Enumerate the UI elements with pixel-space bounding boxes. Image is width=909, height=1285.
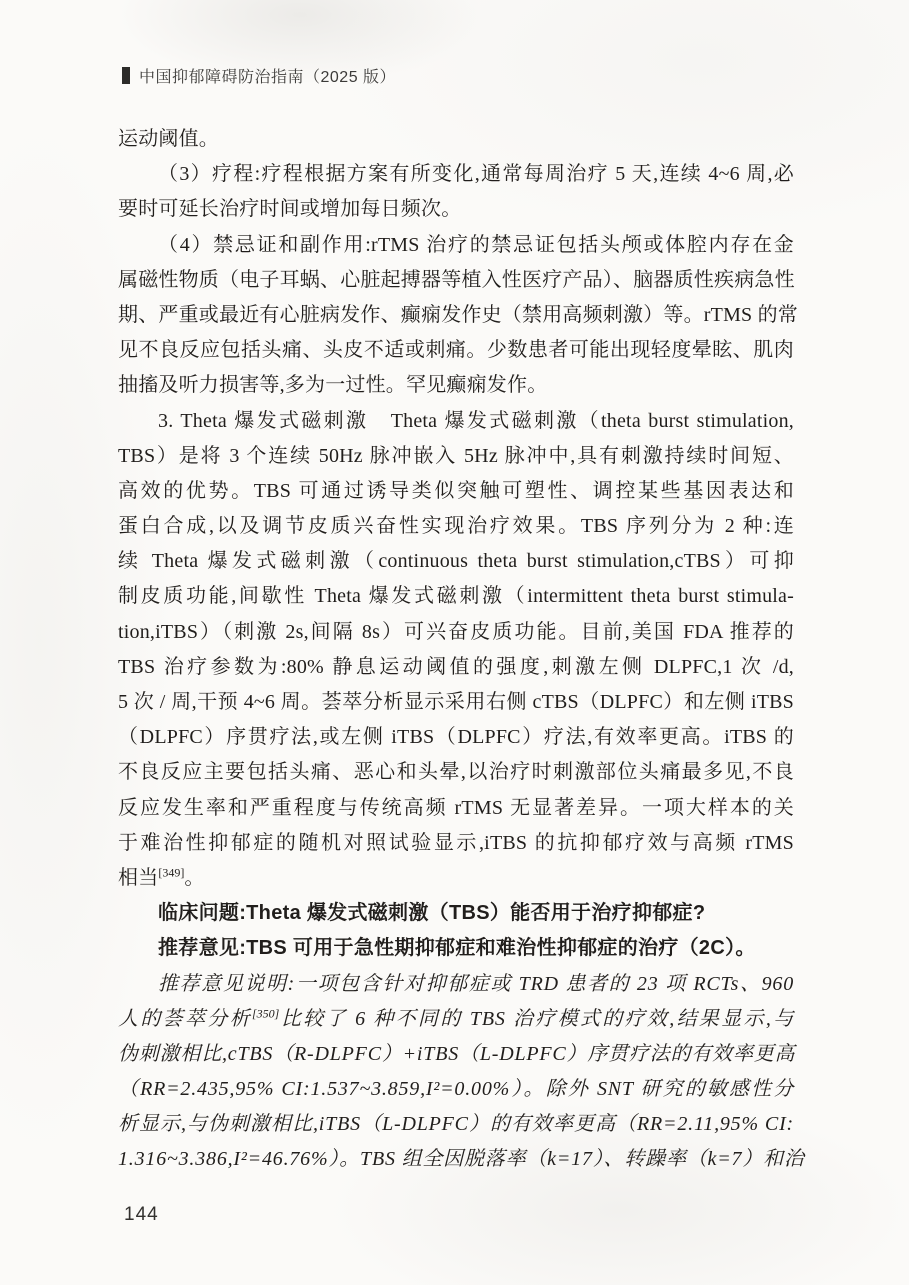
text-line: 5 次 / 周,干预 4~6 周。荟萃分析显示采用右侧 cTBS（DLPFC）和… xyxy=(118,685,794,720)
text-line: 临床问题:Theta 爆发式磁刺激（TBS）能否用于治疗抑郁症? xyxy=(118,896,794,931)
text-segment: 比较了 6 种不同的 TBS 治疗模式的疗效,结果显示,与 xyxy=(279,1008,794,1030)
text-line: tion,iTBS）（刺激 2s,间隔 8s）可兴奋皮质功能。目前,美国 FDA… xyxy=(118,615,794,650)
text-line: 不良反应主要包括头痛、恶心和头晕,以治疗时刺激部位头痛最多见,不良 xyxy=(118,755,794,790)
text-line: 于难治性抑郁症的随机对照试验显示,iTBS 的抗抑郁疗效与高频 rTMS xyxy=(118,826,794,861)
reference-superscript: [349] xyxy=(158,865,184,879)
text-segment: 抽搐及听力损害等,多为一过性。罕见癫痫发作。 xyxy=(118,374,547,396)
text-line: 高效的优势。TBS 可通过诱导类似突触可塑性、调控某些基因表达和 xyxy=(118,474,794,509)
text-line: 伪刺激相比,cTBS（R-DLPFC）+iTBS（L-DLPFC）序贯疗法的有效… xyxy=(118,1037,794,1072)
text-segment: 期、严重或最近有心脏病发作、癫痫发作史（禁用高频刺激）等。rTMS 的常 xyxy=(118,304,798,326)
text-line: 推荐意见说明:一项包含针对抑郁症或 TRD 患者的 23 项 RCTs、960 xyxy=(118,967,794,1002)
text-segment: TBS）是将 3 个连续 50Hz 脉冲嵌入 5Hz 脉冲中,具有刺激持续时间短… xyxy=(118,445,794,467)
text-segment: 于难治性抑郁症的随机对照试验显示,iTBS 的抗抑郁疗效与高频 rTMS xyxy=(118,832,794,854)
text-segment: 高效的优势。TBS 可通过诱导类似突触可塑性、调控某些基因表达和 xyxy=(118,480,794,502)
text-segment: 要时可延长治疗时间或增加每日频次。 xyxy=(118,198,461,220)
text-segment: 3. Theta 爆发式磁刺激 Theta 爆发式磁刺激（theta burst… xyxy=(158,410,794,432)
text-segment: 析显示,与伪刺激相比,iTBS（L-DLPFC）的有效率更高（RR=2.11,9… xyxy=(118,1113,794,1135)
text-line: 人的荟萃分析[350]比较了 6 种不同的 TBS 治疗模式的疗效,结果显示,与 xyxy=(118,1002,794,1037)
text-line: （3）疗程:疗程根据方案有所变化,通常每周治疗 5 天,连续 4~6 周,必 xyxy=(118,157,794,192)
text-line: 反应发生率和严重程度与传统高频 rTMS 无显著差异。一项大样本的关 xyxy=(118,791,794,826)
page-text: 运动阈值。（3）疗程:疗程根据方案有所变化,通常每周治疗 5 天,连续 4~6 … xyxy=(118,122,794,1178)
text-segment: 不良反应主要包括头痛、恶心和头晕,以治疗时刺激部位头痛最多见,不良 xyxy=(118,761,794,783)
text-line: TBS 治疗参数为:80% 静息运动阈值的强度,刺激左侧 DLPFC,1 次 /… xyxy=(118,650,794,685)
text-segment: （4）禁忌证和副作用:rTMS 治疗的禁忌证包括头颅或体腔内存在金 xyxy=(158,234,794,256)
text-line: 期、严重或最近有心脏病发作、癫痫发作史（禁用高频刺激）等。rTMS 的常 xyxy=(118,298,794,333)
text-line: 抽搐及听力损害等,多为一过性。罕见癫痫发作。 xyxy=(118,368,794,403)
text-line: （DLPFC）序贯疗法,或左侧 iTBS（DLPFC）疗法,有效率更高。iTBS… xyxy=(118,720,794,755)
text-line: 制皮质功能,间歇性 Theta 爆发式磁刺激（intermittent thet… xyxy=(118,579,794,614)
text-segment: 蛋白合成,以及调节皮质兴奋性实现治疗效果。TBS 序列分为 2 种:连 xyxy=(118,515,794,537)
text-line: 要时可延长治疗时间或增加每日频次。 xyxy=(118,192,794,227)
text-line: 见不良反应包括头痛、头皮不适或刺痛。少数患者可能出现轻度晕眩、肌肉 xyxy=(118,333,794,368)
text-line: 续 Theta 爆发式磁刺激（continuous theta burst st… xyxy=(118,544,794,579)
text-line: 运动阈值。 xyxy=(118,122,794,157)
text-segment: 反应发生率和严重程度与传统高频 rTMS 无显著差异。一项大样本的关 xyxy=(118,797,794,819)
text-segment: 运动阈值。 xyxy=(118,128,219,150)
page-number: 144 xyxy=(124,1204,159,1226)
book-header-title: 中国抑郁障碍防治指南（2025 版） xyxy=(139,64,396,87)
text-line: TBS）是将 3 个连续 50Hz 脉冲嵌入 5Hz 脉冲中,具有刺激持续时间短… xyxy=(118,439,794,474)
book-header: 中国抑郁障碍防治指南（2025 版） xyxy=(122,64,396,87)
text-segment: tion,iTBS）（刺激 2s,间隔 8s）可兴奋皮质功能。目前,美国 FDA… xyxy=(118,621,794,643)
text-line: 3. Theta 爆发式磁刺激 Theta 爆发式磁刺激（theta burst… xyxy=(118,404,794,439)
text-segment: 伪刺激相比,cTBS（R-DLPFC）+iTBS（L-DLPFC）序贯疗法的有效… xyxy=(118,1043,795,1065)
reference-superscript: [350] xyxy=(252,1006,279,1020)
text-line: 属磁性物质（电子耳蜗、心脏起搏器等植入性医疗产品）、脑器质性疾病急性 xyxy=(118,263,794,298)
text-segment: 推荐意见说明:一项包含针对抑郁症或 TRD 患者的 23 项 RCTs、960 xyxy=(158,973,794,995)
text-line: 相当[349]。 xyxy=(118,861,794,896)
text-segment: 相当 xyxy=(118,867,158,889)
text-segment: 制皮质功能,间歇性 Theta 爆发式磁刺激（intermittent thet… xyxy=(118,585,794,607)
text-line: 析显示,与伪刺激相比,iTBS（L-DLPFC）的有效率更高（RR=2.11,9… xyxy=(118,1107,794,1142)
text-segment: TBS 治疗参数为:80% 静息运动阈值的强度,刺激左侧 DLPFC,1 次 /… xyxy=(118,656,794,678)
text-segment: 临床问题:Theta 爆发式磁刺激（TBS）能否用于治疗抑郁症? xyxy=(158,902,705,924)
text-line: 蛋白合成,以及调节皮质兴奋性实现治疗效果。TBS 序列分为 2 种:连 xyxy=(118,509,794,544)
text-segment: （RR=2.435,95% CI:1.537~3.859,I²=0.00%）。除… xyxy=(118,1078,794,1100)
text-line: （4）禁忌证和副作用:rTMS 治疗的禁忌证包括头颅或体腔内存在金 xyxy=(118,228,794,263)
text-segment: 5 次 / 周,干预 4~6 周。荟萃分析显示采用右侧 cTBS（DLPFC）和… xyxy=(118,691,794,713)
document-page: 中国抑郁障碍防治指南（2025 版） 运动阈值。（3）疗程:疗程根据方案有所变化… xyxy=(0,0,909,1285)
text-line: 1.316~3.386,I²=46.76%）。TBS 组全因脱落率（k=17）、… xyxy=(118,1142,794,1177)
text-segment: （DLPFC）序贯疗法,或左侧 iTBS（DLPFC）疗法,有效率更高。iTBS… xyxy=(118,726,794,748)
text-segment: 推荐意见:TBS 可用于急性期抑郁症和难治性抑郁症的治疗（2C）。 xyxy=(158,937,756,959)
text-segment: 属磁性物质（电子耳蜗、心脏起搏器等植入性医疗产品）、脑器质性疾病急性 xyxy=(118,269,795,291)
text-line: 推荐意见:TBS 可用于急性期抑郁症和难治性抑郁症的治疗（2C）。 xyxy=(118,931,794,966)
text-segment: 见不良反应包括头痛、头皮不适或刺痛。少数患者可能出现轻度晕眩、肌肉 xyxy=(118,339,794,361)
text-segment: 。 xyxy=(184,867,204,889)
text-line: （RR=2.435,95% CI:1.537~3.859,I²=0.00%）。除… xyxy=(118,1072,794,1107)
text-segment: 续 Theta 爆发式磁刺激（continuous theta burst st… xyxy=(118,550,794,572)
text-segment: 1.316~3.386,I²=46.76%）。TBS 组全因脱落率（k=17）、… xyxy=(118,1148,805,1170)
section-bar-icon xyxy=(122,67,130,84)
text-segment: 人的荟萃分析 xyxy=(118,1008,252,1030)
text-segment: （3）疗程:疗程根据方案有所变化,通常每周治疗 5 天,连续 4~6 周,必 xyxy=(158,163,794,185)
